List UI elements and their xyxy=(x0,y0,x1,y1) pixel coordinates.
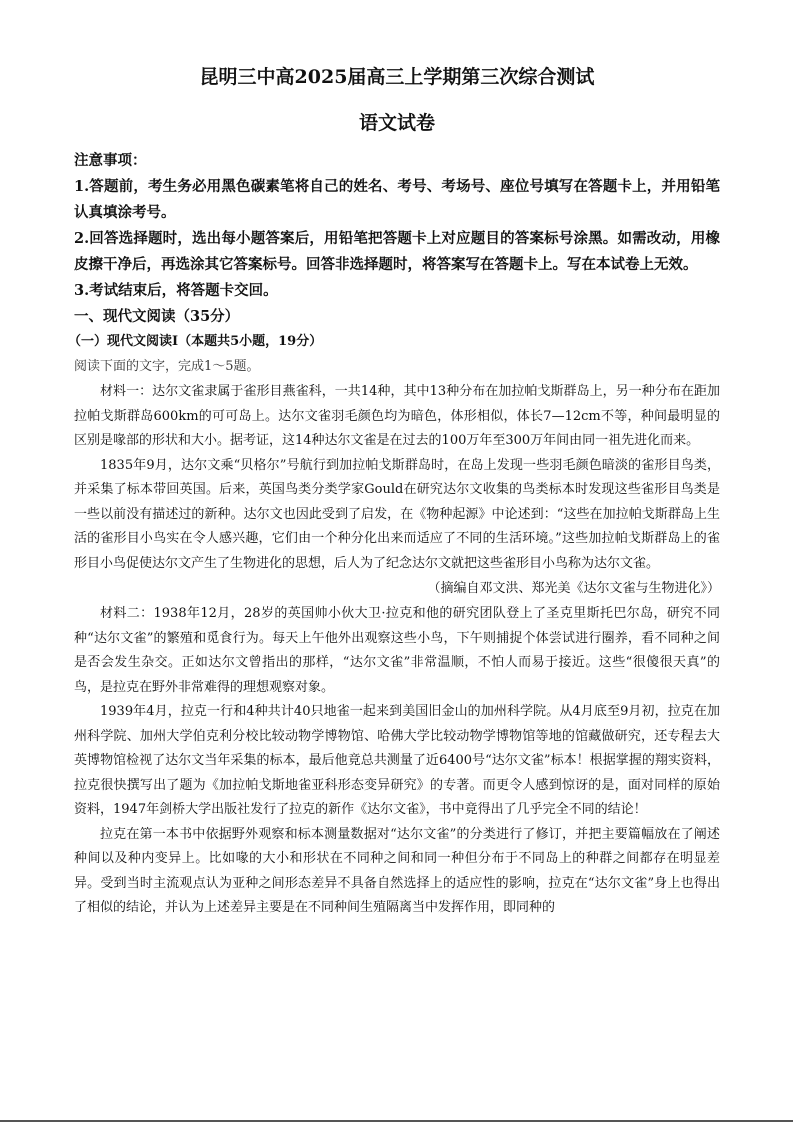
section-modern-reading: 一、现代文阅读（35分） （一）现代文阅读Ⅰ（本题共5小题，19分） 阅读下面的… xyxy=(74,304,720,380)
material-two: 材料二：1938年12月，28岁的英国帅小伙大卫·拉克和他的研究团队登上了圣克里… xyxy=(74,602,720,921)
exam-subtitle: 语文试卷 xyxy=(74,106,720,140)
material-two-paragraph-1: 材料二：1938年12月，28岁的英国帅小伙大卫·拉克和他的研究团队登上了圣克里… xyxy=(74,602,720,700)
material-two-paragraph-2: 1939年4月，拉克一行和4种共计40只地雀一起来到美国旧金山的加州科学院。从4… xyxy=(74,700,720,823)
notice-heading: 注意事项： xyxy=(74,148,720,174)
exam-page: 昆明三中高2025届高三上学期第三次综合测试 语文试卷 注意事项： 1.答题前，… xyxy=(74,60,720,921)
notice-block: 注意事项： 1.答题前，考生务必用黑色碳素笔将自己的姓名、考号、考场号、座位号填… xyxy=(74,148,720,304)
notice-item-3: 3.考试结束后，将答题卡交回。 xyxy=(74,278,720,304)
exam-title: 昆明三中高2025届高三上学期第三次综合测试 xyxy=(74,60,720,94)
material-one: 材料一：达尔文雀隶属于雀形目燕雀科，一共14种，其中13种分布在加拉帕戈斯群岛上… xyxy=(74,380,720,602)
material-two-paragraph-3: 拉克在第一本书中依据野外观察和标本测量数据对“达尔文雀”的分类进行了修订，并把主… xyxy=(74,823,720,921)
notice-item-1: 1.答题前，考生务必用黑色碳素笔将自己的姓名、考号、考场号、座位号填写在答题卡上… xyxy=(74,174,720,226)
material-one-paragraph-1: 材料一：达尔文雀隶属于雀形目燕雀科，一共14种，其中13种分布在加拉帕戈斯群岛上… xyxy=(74,380,720,454)
material-one-source: （摘编自邓文洪、郑光美《达尔文雀与生物进化》） xyxy=(74,576,720,602)
section-heading: 一、现代文阅读（35分） xyxy=(74,304,720,330)
reading-instruction: 阅读下面的文字，完成1～5题。 xyxy=(74,354,720,380)
notice-item-2: 2.回答选择题时，选出每小题答案后，用铅笔把答题卡上对应题目的答案标号涂黑。如需… xyxy=(74,226,720,278)
material-one-paragraph-2: 1835年9月，达尔文乘“贝格尔”号航行到加拉帕戈斯群岛时，在岛上发现一些羽毛颜… xyxy=(74,454,720,577)
subsection-heading: （一）现代文阅读Ⅰ（本题共5小题，19分） xyxy=(68,330,720,354)
